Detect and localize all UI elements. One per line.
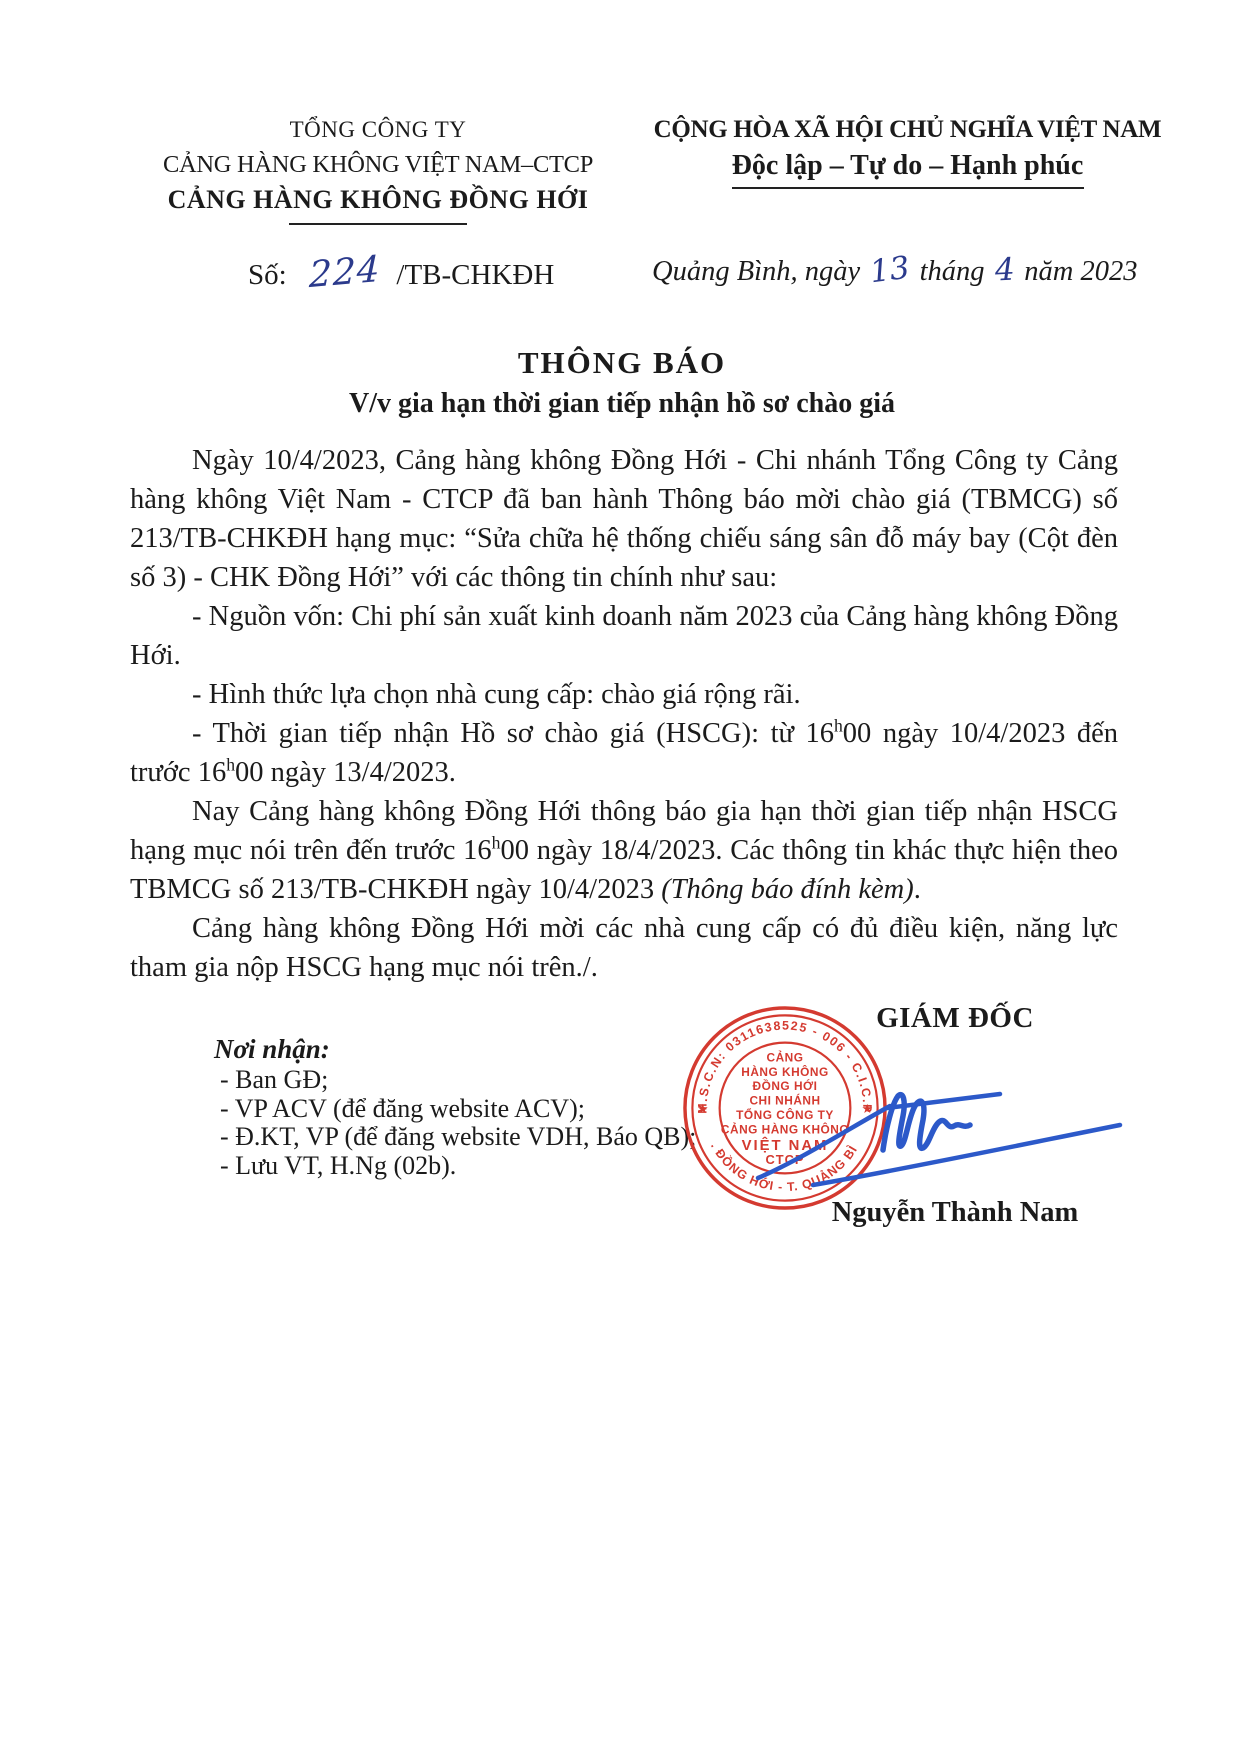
- paragraph: - Hình thức lựa chọn nhà cung cấp: chào …: [130, 675, 1118, 714]
- org-name-line: CẢNG HÀNG KHÔNG ĐỒNG HỚI: [118, 182, 638, 217]
- stamp-center-line-2: HÀNG KHÔNG: [741, 1064, 828, 1079]
- document-title: THÔNG BÁO: [0, 345, 1244, 381]
- ref-label: Số:: [248, 259, 287, 291]
- ref-suffix: /TB-CHKĐH: [396, 259, 554, 291]
- national-motto-block: CỘNG HÒA XÃ HỘI CHỦ NGHĨA VIỆT NAM Độc l…: [645, 112, 1170, 189]
- text-segment: - Thời gian tiếp nhận Hồ sơ chào giá (HS…: [192, 718, 834, 749]
- stamp-star-left: ★: [697, 1101, 709, 1116]
- org-underline: [289, 223, 467, 225]
- signature-diagonal-stroke: [758, 1106, 890, 1178]
- reference-number-row: Số:224/TB-CHKĐH: [248, 252, 554, 293]
- org-corporation-line: CẢNG HÀNG KHÔNG VIỆT NAM–CTCP: [118, 147, 638, 182]
- text-segment: Cảng hàng không Đồng Hới mời các nhà cun…: [130, 913, 1118, 983]
- body-paragraphs: Ngày 10/4/2023, Cảng hàng không Đồng Hới…: [130, 441, 1118, 987]
- recipients-label: Nơi nhận:: [214, 1034, 330, 1065]
- text-segment: h: [492, 833, 501, 853]
- republic-line: CỘNG HÒA XÃ HỘI CHỦ NGHĨA VIỆT NAM: [645, 112, 1170, 148]
- document-page: TỔNG CÔNG TY CẢNG HÀNG KHÔNG VIỆT NAM–CT…: [0, 0, 1244, 1748]
- paragraph: - Thời gian tiếp nhận Hồ sơ chào giá (HS…: [130, 714, 1118, 792]
- paragraph: Cảng hàng không Đồng Hới mời các nhà cun…: [130, 909, 1118, 987]
- recipient-list: - Ban GĐ;- VP ACV (để đăng website ACV);…: [220, 1066, 696, 1180]
- date-month-handwritten: 4: [994, 252, 1016, 289]
- recipient-item: - Lưu VT, H.Ng (02b).: [220, 1152, 696, 1181]
- date-day-handwritten: 13: [868, 250, 912, 291]
- recipient-item: - Ban GĐ;: [220, 1066, 696, 1095]
- text-segment: h: [226, 755, 235, 775]
- org-parent-line: TỔNG CÔNG TY: [118, 112, 638, 147]
- issuing-org-block: TỔNG CÔNG TY CẢNG HÀNG KHÔNG VIỆT NAM–CT…: [118, 112, 638, 225]
- paragraph: Ngày 10/4/2023, Cảng hàng không Đồng Hới…: [130, 441, 1118, 597]
- motto-line: Độc lập – Tự do – Hạnh phúc: [645, 148, 1170, 184]
- paragraph: - Nguồn vốn: Chi phí sản xuất kinh doanh…: [130, 597, 1118, 675]
- date-mid: tháng: [920, 256, 985, 287]
- recipient-item: - VP ACV (để đăng website ACV);: [220, 1095, 696, 1124]
- text-segment: 00 ngày 13/4/2023.: [235, 757, 456, 788]
- motto-underline: [732, 187, 1084, 189]
- signature: [750, 1088, 1130, 1200]
- text-segment: - Hình thức lựa chọn nhà cung cấp: chào …: [192, 679, 801, 710]
- text-segment: .: [914, 874, 921, 905]
- recipient-item: - Đ.KT, VP (để đăng website VDH, Báo QB)…: [220, 1123, 696, 1152]
- date-suffix: năm 2023: [1024, 256, 1137, 287]
- paragraph: Nay Cảng hàng không Đồng Hới thông báo g…: [130, 792, 1118, 909]
- stamp-center-line-1: CẢNG: [767, 1049, 804, 1064]
- document-subtitle: V/v gia hạn thời gian tiếp nhận hồ sơ ch…: [0, 388, 1244, 420]
- text-segment: (Thông báo đính kèm): [661, 874, 914, 905]
- place-date-row: Quảng Bình, ngày13tháng4năm 2023: [652, 252, 1138, 288]
- text-segment: h: [834, 716, 843, 736]
- text-segment: - Nguồn vốn: Chi phí sản xuất kinh doanh…: [130, 601, 1118, 671]
- date-prefix: Quảng Bình, ngày: [652, 256, 860, 287]
- ref-number-handwritten: 224: [308, 249, 380, 296]
- signature-lower-sweep-stroke: [813, 1125, 1120, 1185]
- text-segment: Ngày 10/4/2023, Cảng hàng không Đồng Hới…: [130, 445, 1118, 593]
